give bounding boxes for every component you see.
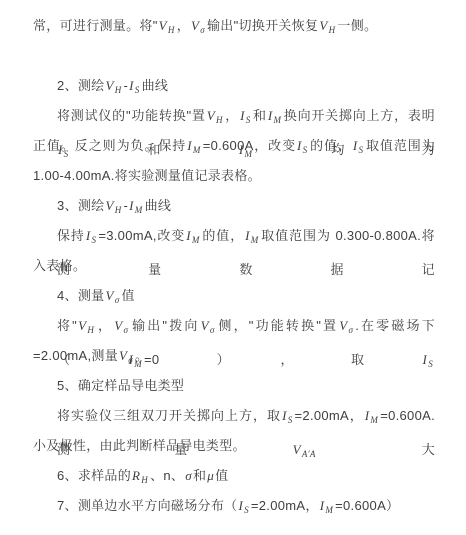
math-subscript: σ — [115, 295, 120, 305]
math-subscript: H — [141, 475, 148, 485]
math-subscript: S — [359, 145, 364, 155]
math-variable: V — [104, 198, 114, 213]
text-run: 2、测绘 — [57, 78, 104, 93]
math-subscript: σ — [200, 25, 205, 35]
math-variable: V — [338, 318, 348, 333]
math-subscript: σ — [210, 325, 215, 335]
math-variable: V — [318, 18, 328, 33]
math-variable: I — [352, 138, 359, 153]
text-run: 大 — [318, 442, 435, 457]
text-run: ， — [177, 18, 190, 33]
text-run: 、n、 — [150, 468, 184, 483]
heading-step-4: 4、测量Vσ值 — [33, 281, 435, 311]
math-subscript: σ — [123, 325, 128, 335]
math-subscript: S — [246, 115, 251, 125]
text-run: ， — [225, 108, 239, 123]
math-subscript: H — [216, 115, 223, 125]
text-run: =0.600A，改变 — [203, 138, 296, 153]
text-run: 输出"切换开关恢复 — [207, 18, 318, 33]
text-run: =3.00mA,改变 — [98, 228, 185, 243]
math-subscript: H — [87, 325, 94, 335]
heading-step-5: 5、确定样品导电类型 — [33, 371, 435, 401]
math-subscript: S — [244, 505, 249, 515]
math-subscript: S — [303, 145, 308, 155]
heading-step-7: 7、测单边水平方向磁场分布（IS=2.00mA，IM=0.600A） — [33, 491, 435, 521]
math-subscript: M — [251, 235, 259, 245]
step-2-body-line-2: 正值。反之则为负。保持IM=0.600A，改变IS的值，IS取值范围为 — [33, 131, 435, 161]
math-variable: I — [85, 228, 92, 243]
math-variable: V — [190, 18, 200, 33]
text-run: 。 — [135, 348, 148, 363]
text-run: 取值范围为 — [365, 138, 435, 153]
math-subscript: S — [135, 85, 140, 95]
text-run: =2.00mA， — [295, 408, 364, 423]
text-run: 和 — [253, 108, 267, 123]
heading-step-2: 2、测绘VH-IS曲线 — [33, 71, 435, 101]
text-run: 值 — [121, 288, 134, 303]
math-subscript: H — [329, 25, 336, 35]
text-run: 换向开关掷向上方，表明 — [283, 108, 435, 123]
math-variable: V — [104, 78, 114, 93]
text-run: 4、测量 — [57, 288, 104, 303]
text-run: =0.600A） — [335, 498, 399, 513]
math-subscript: H — [168, 25, 175, 35]
math-subscript: H — [115, 205, 122, 215]
text-run: 将" — [57, 318, 77, 333]
text-run: 一侧。 — [337, 18, 377, 33]
math-variable: I — [186, 138, 193, 153]
text-run: =2.00mA， — [251, 498, 319, 513]
math-variable: I — [185, 228, 192, 243]
step-3-body-line-1: 保持IS=3.00mA,改变IM的值，IM取值范围为 0.300-0.800A.… — [33, 221, 435, 251]
text-run: 的值， — [202, 228, 244, 243]
heading-step-3: 3、测绘VH-IM曲线 — [33, 191, 435, 221]
math-subscript: S — [428, 359, 433, 369]
text-run: 入表格。 — [33, 258, 86, 273]
text-run: 小及极性，由此判断样品导电类型。 — [33, 438, 246, 453]
step-4-body-line-1: 将"VH，Vσ输出"拨向Vσ侧，"功能转换"置Vσ.在零磁场下（IM=0），取I… — [33, 311, 435, 341]
step-2-body-line-1: 将测试仪的"功能转换"置VH，IS和IM换向开关掷向上方，表明IS和IM均为 — [33, 101, 435, 131]
math-subscript: S — [288, 415, 293, 425]
math-variable: V — [200, 318, 210, 333]
step-2-body-line-3: 1.00-4.00mA.将实验测量值记录表格。 — [33, 161, 435, 191]
math-variable: I — [244, 228, 251, 243]
math-variable: V — [113, 318, 123, 333]
math-variable: I — [239, 108, 246, 123]
math-variable: I — [128, 78, 135, 93]
text-run: 保持 — [57, 228, 85, 243]
math-subscript: M — [273, 115, 281, 125]
text-run: 输出"拨向 — [130, 318, 199, 333]
text-run: 7、测单边水平方向磁场分布（ — [57, 498, 237, 513]
text-run: 常，可进行测量。将" — [33, 18, 158, 33]
heading-step-6: 6、求样品的RH、n、σ和μ值 — [33, 461, 435, 491]
text-run: 3、测绘 — [57, 198, 104, 213]
text-run: 侧，"功能转换"置 — [217, 318, 339, 333]
math-subscript: σ — [128, 355, 133, 365]
math-variable: I — [128, 198, 135, 213]
text-run: 正值。反之则为负。保持 — [33, 138, 186, 153]
math-variable: I — [296, 138, 303, 153]
text-run: ， — [96, 318, 113, 333]
text-run: =2.00mA,测量 — [33, 348, 118, 363]
math-subscript: S — [92, 235, 97, 245]
math-variable: V — [158, 18, 168, 33]
text-run: 和 — [193, 468, 206, 483]
math-subscript: M — [325, 505, 333, 515]
math-variable: σ — [184, 468, 193, 483]
step-5-body-line-1: 将实验仪三组双刀开关掷向上方，取IS=2.00mA，IM=0.600A.测量VA… — [33, 401, 435, 431]
math-subscript: M — [192, 235, 200, 245]
math-variable: V — [206, 108, 216, 123]
text-run: 将实验仪三组双刀开关掷向上方，取 — [57, 408, 281, 423]
math-subscript: M — [370, 415, 378, 425]
text-run: =0），取 — [144, 352, 422, 367]
math-variable: μ — [206, 468, 215, 483]
math-variable: V — [292, 442, 302, 457]
math-subscript: M — [135, 205, 143, 215]
math-subscript: H — [115, 85, 122, 95]
math-variable: V — [104, 288, 114, 303]
math-variable: R — [131, 468, 141, 483]
line-recover-switch: 常，可进行测量。将"VH，Vσ输出"切换开关恢复VH一侧。 — [33, 11, 435, 41]
math-subscript: M — [193, 145, 201, 155]
math-variable: V — [118, 348, 128, 363]
text-run: 的值， — [309, 138, 351, 153]
text-run: 曲线 — [145, 198, 172, 213]
text-run: 将测试仪的"功能转换"置 — [57, 108, 206, 123]
document-page: 常，可进行测量。将"VH，Vσ输出"切换开关恢复VH一侧。 2、测绘VH-IS曲… — [0, 0, 466, 535]
text-run: 曲线 — [142, 78, 169, 93]
math-subscript: σ — [348, 325, 353, 335]
math-subscript: A'A — [302, 449, 316, 459]
text-run: 5、确定样品导电类型 — [57, 378, 184, 393]
math-variable: I — [281, 408, 288, 423]
text-run: 值 — [215, 468, 228, 483]
math-variable: V — [77, 318, 87, 333]
text-run: 6、求样品的 — [57, 468, 131, 483]
text-run: 1.00-4.00mA.将实验测量值记录表格。 — [33, 168, 261, 183]
